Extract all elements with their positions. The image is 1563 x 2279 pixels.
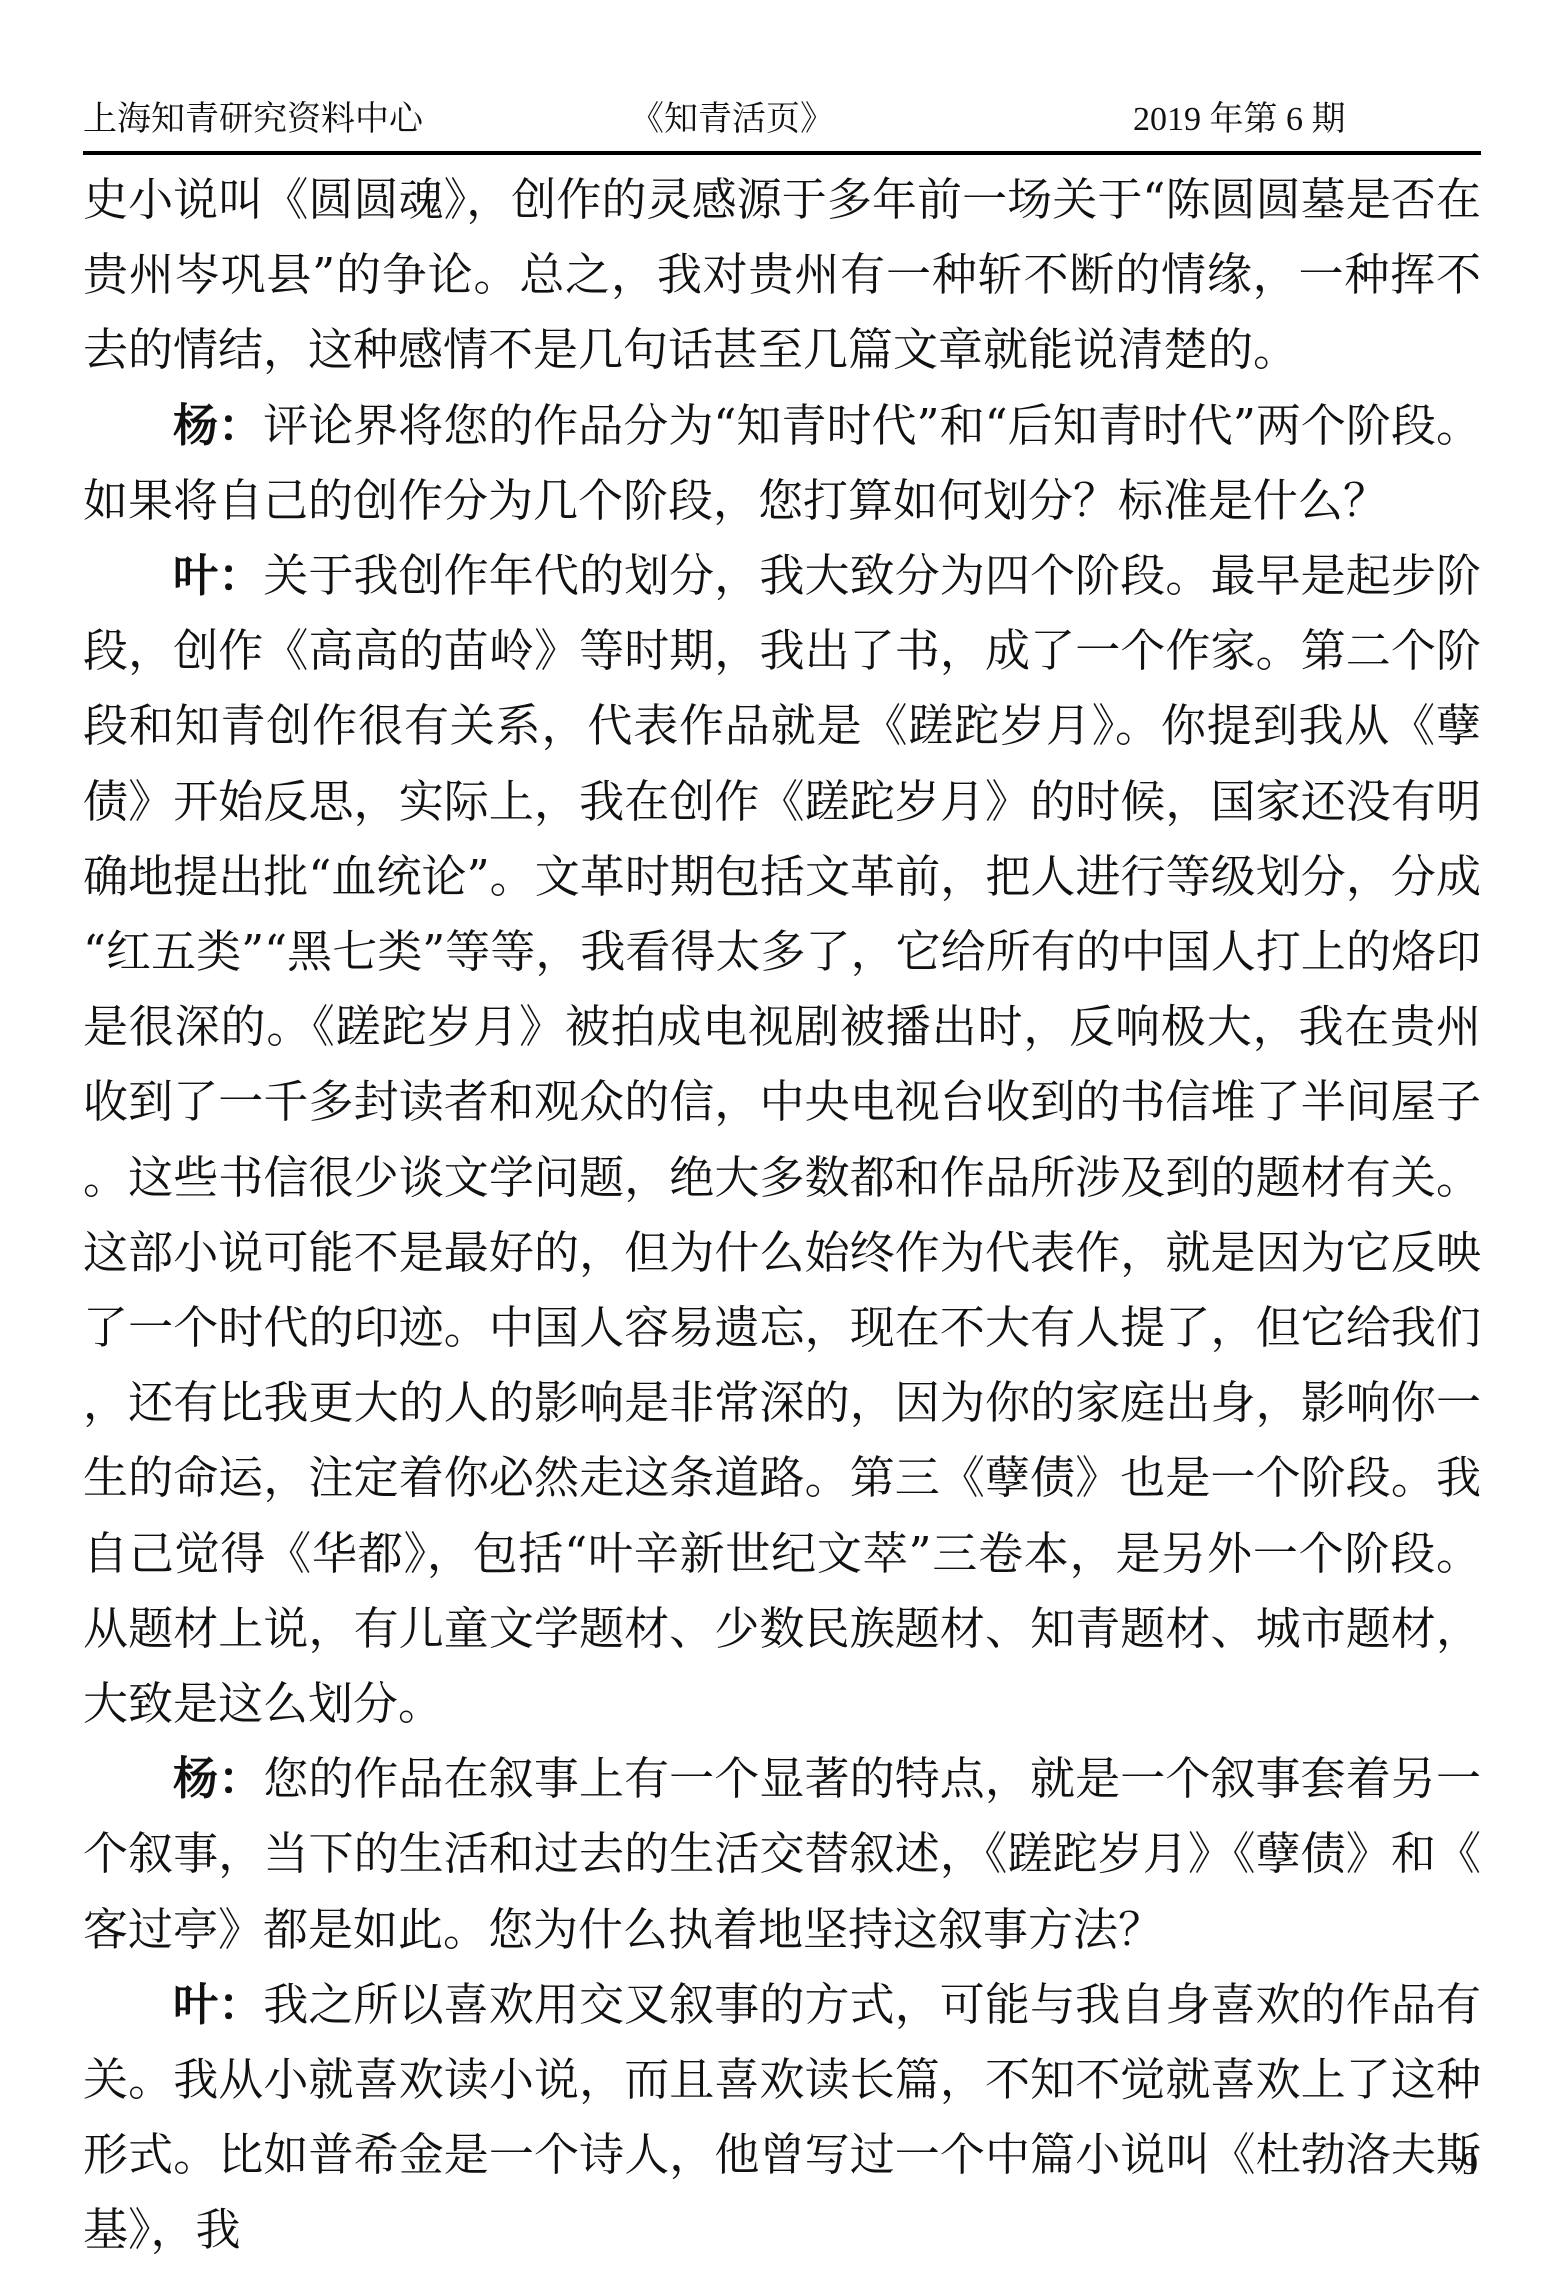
page-number: 9 xyxy=(1462,2143,1478,2183)
header-journal-title: 《知青活页》 xyxy=(630,98,834,142)
speaker-label: 杨： xyxy=(173,399,263,452)
paragraph-text: 我之所以喜欢用交叉叙事的方式，可能与我自身喜欢的作品有关。我从小就喜欢读小说，而… xyxy=(83,1978,1481,2257)
speaker-label: 叶： xyxy=(173,549,263,602)
header-publisher: 上海知青研究资料中心 xyxy=(83,98,423,142)
paragraph-text: 您的作品在叙事上有一个显著的特点，就是一个叙事套着另一个叙事，当下的生活和过去的… xyxy=(83,1752,1481,1955)
header-issue: 2019 年第 6 期 xyxy=(1133,98,1346,142)
paragraph-text: 关于我创作年代的划分，我大致分为四个阶段。最早是起步阶段，创作《高高的苗岭》等时… xyxy=(83,549,1481,1730)
speaker-label: 叶： xyxy=(173,1978,263,2031)
paragraph-answer: 叶：关于我创作年代的划分，我大致分为四个阶段。最早是起步阶段，创作《高高的苗岭》… xyxy=(83,538,1481,1741)
paragraph-answer: 叶：我之所以喜欢用交叉叙事的方式，可能与我自身喜欢的作品有关。我从小就喜欢读小说… xyxy=(83,1967,1481,2268)
paragraph-text: 史小说叫《圆圆魂》，创作的灵感源于多年前一场关于“陈圆圆墓是否在贵州岑巩县”的争… xyxy=(83,173,1481,376)
article-body: 史小说叫《圆圆魂》，创作的灵感源于多年前一场关于“陈圆圆墓是否在贵州岑巩县”的争… xyxy=(83,162,1481,2268)
paragraph-continuation: 史小说叫《圆圆魂》，创作的灵感源于多年前一场关于“陈圆圆墓是否在贵州岑巩县”的争… xyxy=(83,162,1481,388)
paragraph-question: 杨：您的作品在叙事上有一个显著的特点，就是一个叙事套着另一个叙事，当下的生活和过… xyxy=(83,1741,1481,1967)
paragraph-text: 评论界将您的作品分为“知青时代”和“后知青时代”两个阶段。如果将自己的创作分为几… xyxy=(83,399,1481,527)
paragraph-question: 杨：评论界将您的作品分为“知青时代”和“后知青时代”两个阶段。如果将自己的创作分… xyxy=(83,388,1481,538)
speaker-label: 杨： xyxy=(173,1752,263,1805)
running-header: 上海知青研究资料中心 《知青活页》 2019 年第 6 期 xyxy=(83,98,1481,142)
header-rule xyxy=(83,151,1481,155)
